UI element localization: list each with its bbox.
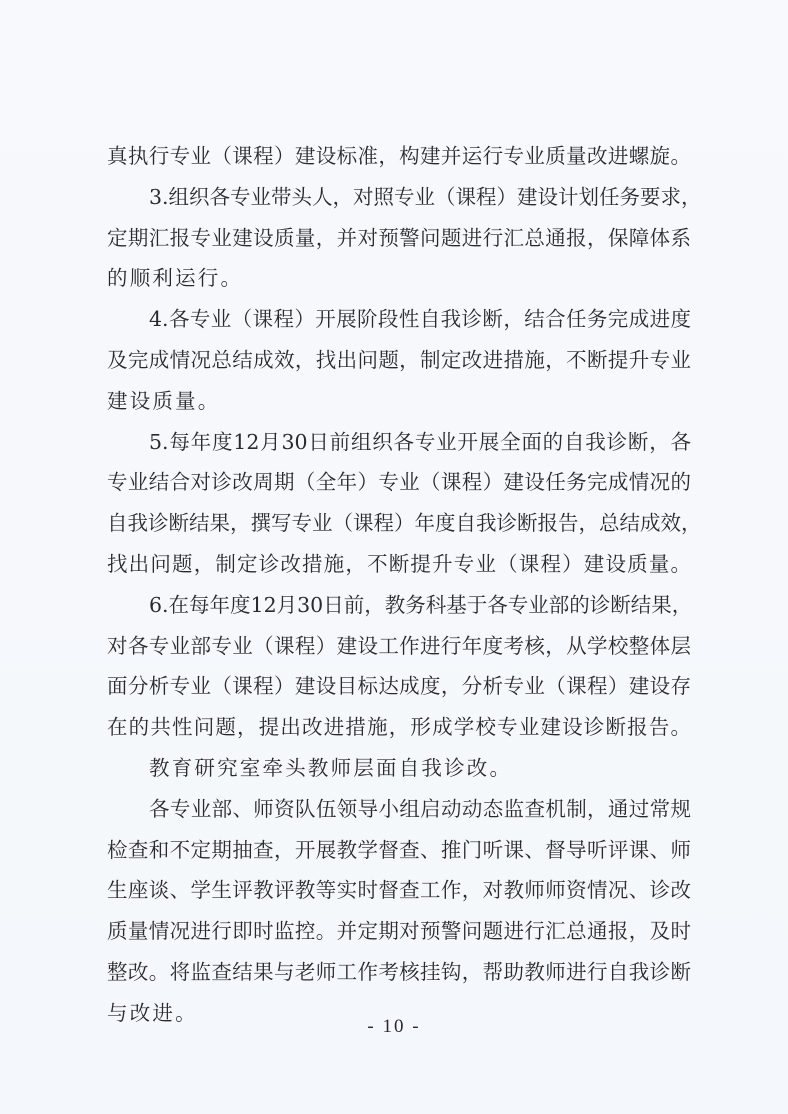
page-number: - 10 - (0, 1016, 788, 1038)
list-item-5-line-1: 5.每年度12月30日前组织各专业开展全面的自我诊断，各 (107, 422, 691, 463)
text-line: 生座谈、学生评教评教等实时督查工作，对教师师资情况、诊改 (107, 870, 691, 911)
list-item-4-line-1: 4.各专业（课程）开展阶段性自我诊断，结合任务完成进度 (107, 299, 691, 340)
text-line: 面分析专业（课程）建设目标达成度，分析专业（课程）建设存 (107, 666, 691, 707)
list-item-3-line-1: 3.组织各专业带头人，对照专业（课程）建设计划任务要求， (107, 177, 691, 218)
text-line: 自我诊断结果，撰写专业（课程）年度自我诊断报告，总结成效， (107, 503, 691, 544)
document-page: 真执行专业（课程）建设标准，构建并运行专业质量改进螺旋。 3.组织各专业带头人，… (0, 0, 788, 1114)
teacher-paragraph-line-1: 各专业部、师资队伍领导小组启动动态监查机制，通过常规 (107, 789, 691, 830)
text-line: 及完成情况总结成效，找出问题，制定改进措施，不断提升专业 (107, 340, 691, 381)
list-item-6-line-1: 6.在每年度12月30日前，教务科基于各专业部的诊断结果， (107, 585, 691, 626)
text-line: 专业结合对诊改周期（全年）专业（课程）建设任务完成情况的 (107, 462, 691, 503)
text-line: 找出问题，制定诊改措施，不断提升专业（课程）建设质量。 (107, 544, 691, 585)
text-line: 在的共性问题，提出改进措施，形成学校专业建设诊断报告。 (107, 707, 691, 748)
text-line: 检查和不定期抽查，开展教学督查、推门听课、督导听评课、师 (107, 830, 691, 871)
section-heading-teacher: 教育研究室牵头教师层面自我诊改。 (107, 748, 691, 789)
text-line: 真执行专业（课程）建设标准，构建并运行专业质量改进螺旋。 (107, 136, 691, 177)
text-line: 对各专业部专业（课程）建设工作进行年度考核，从学校整体层 (107, 626, 691, 667)
document-body: 真执行专业（课程）建设标准，构建并运行专业质量改进螺旋。 3.组织各专业带头人，… (107, 136, 691, 1034)
text-line: 整改。将监查结果与老师工作考核挂钩，帮助教师进行自我诊断 (107, 952, 691, 993)
text-line: 的顺利运行。 (107, 258, 691, 299)
text-line: 定期汇报专业建设质量，并对预警问题进行汇总通报，保障体系 (107, 218, 691, 259)
text-line: 建设质量。 (107, 381, 691, 422)
text-line: 质量情况进行即时监控。并定期对预警问题进行汇总通报，及时 (107, 911, 691, 952)
